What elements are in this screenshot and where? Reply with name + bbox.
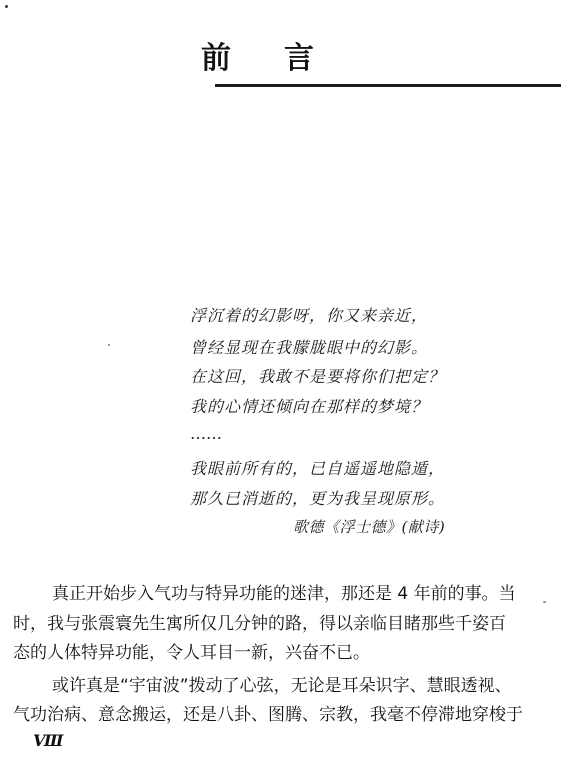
body-line: 气功治病、意念搬运，还是八卦、图腾、宗教，我毫不停滞地穿梭于	[13, 704, 523, 726]
poem-line: 我眼前所有的，已自遥遥地隐遁，	[190, 459, 445, 479]
body-line: 态的人体特异功能，令人耳目一新，兴奋不已。	[13, 642, 370, 664]
poem-ellipsis-line: ……	[190, 424, 222, 444]
poem-line: 那久已消逝的，更为我呈现原形。	[190, 489, 445, 509]
poem-line: 我的心情还倾向在那样的梦境？	[190, 397, 428, 417]
poem-line: 曾经显现在我朦胧眼中的幻影。	[190, 338, 428, 358]
scan-speck	[543, 601, 546, 603]
poem-attribution: 歌德《浮士德》(献诗)	[293, 517, 445, 537]
page-title-char-2: 言	[284, 44, 314, 74]
scanned-book-page: 前 言 浮沉着的幻影呀，你又来亲近， 曾经显现在我朦胧眼中的幻影。 在这回，我敢…	[0, 0, 578, 783]
scan-speck	[5, 5, 8, 8]
body-line: 时，我与张震寰先生寓所仅几分钟的路，得以亲临目睹那些千姿百	[13, 613, 506, 635]
title-underline	[215, 84, 561, 87]
poem-line: 在这回，我敢不是要将你们把定？	[190, 367, 445, 387]
body-line: 真正开始步入气功与特异功能的迷津，那还是 4 年前的事。当	[13, 583, 516, 605]
body-line: 或许真是“宇宙波”拨动了心弦，无论是耳朵识字、慧眼透视、	[13, 675, 512, 697]
scan-speck	[108, 344, 110, 346]
poem-line: 浮沉着的幻影呀，你又来亲近，	[190, 306, 428, 326]
page-title-char-1: 前	[201, 44, 231, 74]
page-number: Ⅷ	[33, 731, 63, 750]
